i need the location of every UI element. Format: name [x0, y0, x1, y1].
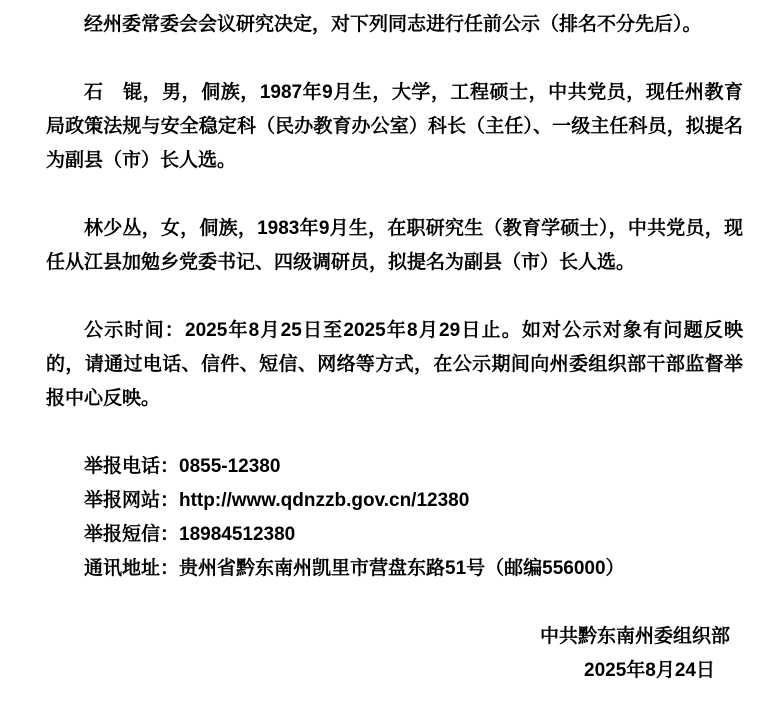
candidate-paragraph-lin-shaocong: 林少丛，女，侗族，1983年9月生，在职研究生（教育学硕士），中共党员，现任从江… [46, 212, 743, 280]
intro-paragraph: 经州委常委会会议研究决定，对下列同志进行任前公示（排名不分先后）。 [46, 8, 743, 42]
announcement-document: 经州委常委会会议研究决定，对下列同志进行任前公示（排名不分先后）。 石 锟，男，… [0, 0, 779, 702]
candidate-paragraph-shi-kun: 石 锟，男，侗族，1987年9月生，大学，工程硕士，中共党员，现任州教育局政策法… [46, 76, 743, 178]
contact-address-line: 通讯地址：贵州省黔东南州凯里市营盘东路51号（邮编556000） [46, 552, 743, 586]
publicity-period-paragraph: 公示时间：2025年8月25日至2025年8月29日止。如对公示对象有问题反映的… [46, 314, 743, 416]
contact-phone-line: 举报电话：0855-12380 [46, 450, 743, 484]
contact-website-line: 举报网站：http://www.qdnzzb.gov.cn/12380 [46, 484, 743, 518]
contact-info-block: 举报电话：0855-12380 举报网站：http://www.qdnzzb.g… [46, 450, 743, 586]
contact-sms-line: 举报短信：18984512380 [46, 518, 743, 552]
issue-date: 2025年8月24日 [46, 654, 715, 688]
issuing-organization-signature: 中共黔东南州委组织部 [46, 620, 730, 654]
